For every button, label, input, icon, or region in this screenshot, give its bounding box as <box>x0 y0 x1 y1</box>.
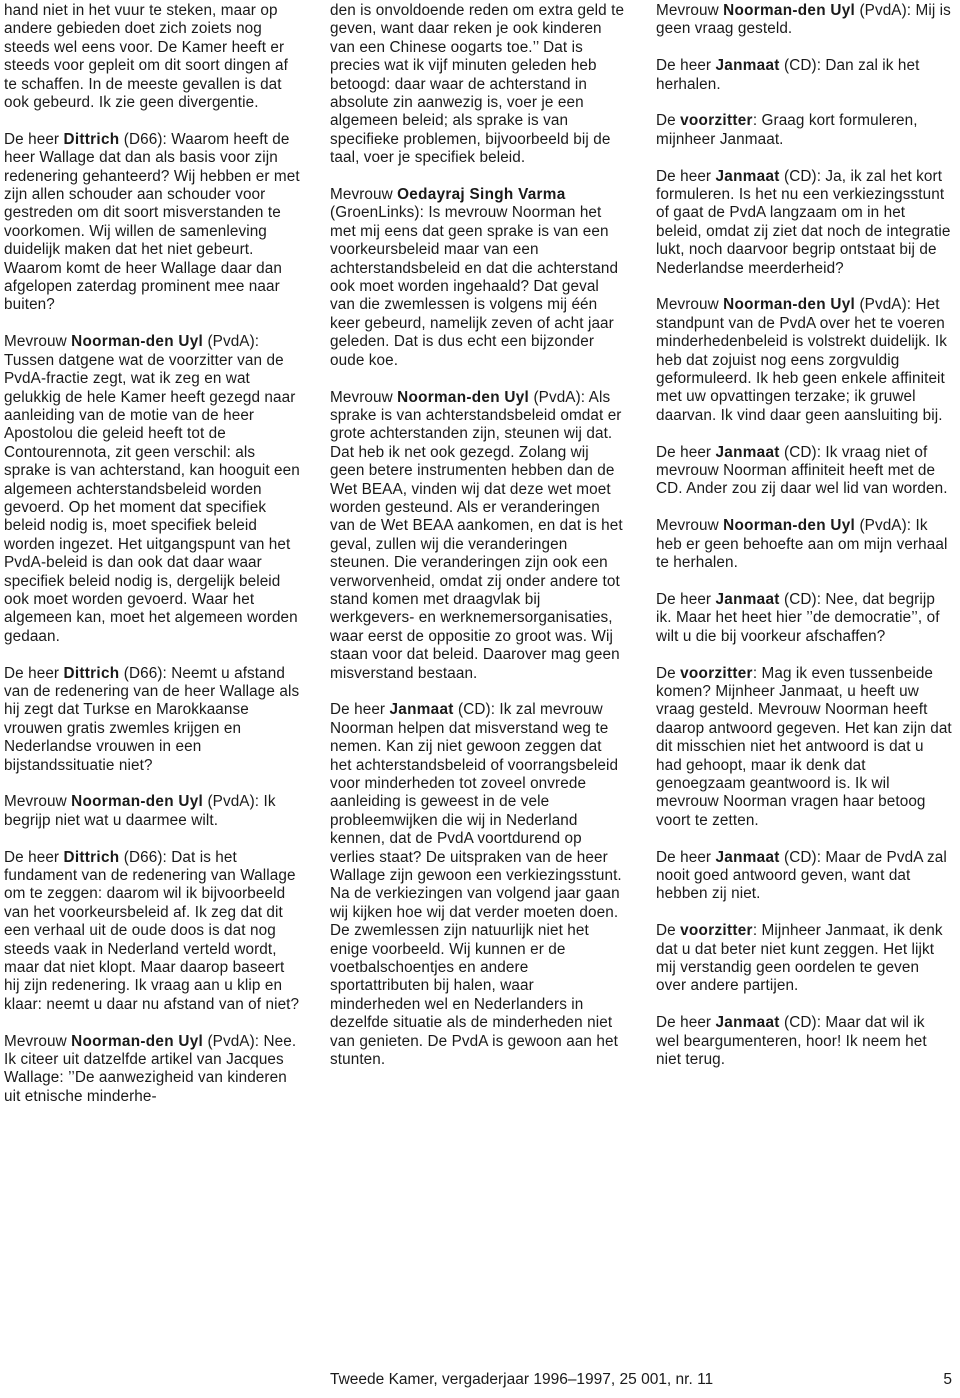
text-columns: hand niet in het vuur te steken, maar op… <box>4 2 952 1125</box>
speech-text: De heer <box>656 444 715 461</box>
speaker-name: Janmaat <box>715 57 779 74</box>
speaker-name: voorzitter <box>680 922 753 939</box>
speech-text: Mevrouw <box>330 389 397 406</box>
speech-text: De heer <box>4 131 63 148</box>
speech-text: De <box>656 112 680 129</box>
speaker-name: voorzitter <box>680 665 753 682</box>
speech-text: Mevrouw <box>656 517 723 534</box>
speech-text: (GroenLinks): Is mevrouw Noorman het met… <box>330 204 618 368</box>
speech-paragraph: De heer Janmaat (CD): Ik vraag niet of m… <box>656 444 952 499</box>
speech-paragraph: De heer Janmaat (CD): Maar dat wil ik we… <box>656 1014 952 1069</box>
speech-text: Mevrouw <box>330 186 397 203</box>
text-column-1: hand niet in het vuur te steken, maar op… <box>4 2 300 1125</box>
speaker-name: Noorman-den Uyl <box>71 1033 203 1050</box>
speaker-name: Janmaat <box>715 168 779 185</box>
speech-paragraph: De heer Janmaat (CD): Ik zal mevrouw Noo… <box>330 701 626 1069</box>
speech-text: (D66): Dat is het fundament van de reden… <box>4 849 299 1013</box>
speech-text: Mevrouw <box>4 1033 71 1050</box>
speaker-name: Noorman-den Uyl <box>71 793 203 810</box>
speech-text: De <box>656 665 680 682</box>
speech-paragraph: den is onvoldoende reden om extra geld t… <box>330 2 626 168</box>
speech-paragraph: Mevrouw Noorman-den Uyl (PvdA): Ik begri… <box>4 793 300 830</box>
speaker-name: Oedayraj Singh Varma <box>397 186 565 203</box>
page-number: 5 <box>943 1370 952 1389</box>
speech-paragraph: De voorzitter: Mijnheer Janmaat, ik denk… <box>656 922 952 996</box>
speech-text: (CD): Ik zal mevrouw Noorman helpen dat … <box>330 701 622 1068</box>
speaker-name: Noorman-den Uyl <box>397 389 529 406</box>
speech-paragraph: De heer Janmaat (CD): Nee, dat begrijp i… <box>656 591 952 646</box>
proceedings-page: hand niet in het vuur te steken, maar op… <box>0 0 960 1398</box>
speech-paragraph: Mevrouw Noorman-den Uyl (PvdA): Als spra… <box>330 389 626 684</box>
speech-text: Mevrouw <box>656 2 723 19</box>
speech-paragraph: hand niet in het vuur te steken, maar op… <box>4 2 300 112</box>
speaker-name: Dittrich <box>63 849 119 866</box>
speech-paragraph: De heer Janmaat (CD): Dan zal ik het her… <box>656 57 952 94</box>
speech-text: De heer <box>4 849 63 866</box>
speech-text: hand niet in het vuur te steken, maar op… <box>4 2 288 111</box>
speech-text: De heer <box>330 701 389 718</box>
speech-paragraph: De voorzitter: Mag ik even tussenbeide k… <box>656 665 952 831</box>
speech-text: (D66): Waarom heeft de heer Wallage dat … <box>4 131 300 314</box>
speech-text: De heer <box>656 1014 715 1031</box>
speech-paragraph: Mevrouw Noorman-den Uyl (PvdA): Nee. Ik … <box>4 1033 300 1107</box>
speech-text: De heer <box>656 168 715 185</box>
speaker-name: Janmaat <box>715 849 779 866</box>
speech-paragraph: De heer Janmaat (CD): Ja, ik zal het kor… <box>656 168 952 278</box>
text-column-2: den is onvoldoende reden om extra geld t… <box>330 2 626 1125</box>
speech-paragraph: De heer Janmaat (CD): Maar de PvdA zal n… <box>656 849 952 904</box>
footer-reference: Tweede Kamer, vergaderjaar 1996–1997, 25… <box>330 1370 713 1389</box>
speech-text: De heer <box>656 57 715 74</box>
speaker-name: Dittrich <box>63 131 119 148</box>
speech-text: Mevrouw <box>656 296 723 313</box>
speech-text: den is onvoldoende reden om extra geld t… <box>330 2 624 166</box>
speech-text: De heer <box>4 665 63 682</box>
speaker-name: Noorman-den Uyl <box>723 517 855 534</box>
speech-paragraph: De heer Dittrich (D66): Dat is het funda… <box>4 849 300 1015</box>
speaker-name: Janmaat <box>715 591 779 608</box>
speech-text: Mevrouw <box>4 333 71 350</box>
speech-text: De <box>656 922 680 939</box>
speaker-name: Noorman-den Uyl <box>723 296 855 313</box>
speech-text: (PvdA): Als sprake is van achterstandsbe… <box>330 389 623 682</box>
speaker-name: Dittrich <box>63 665 119 682</box>
speech-paragraph: De heer Dittrich (D66): Waarom heeft de … <box>4 131 300 315</box>
speech-paragraph: Mevrouw Noorman-den Uyl (PvdA): Tussen d… <box>4 333 300 646</box>
speech-paragraph: Mevrouw Noorman-den Uyl (PvdA): Mij is g… <box>656 2 952 39</box>
speech-paragraph: De voorzitter: Graag kort formuleren, mi… <box>656 112 952 149</box>
speaker-name: Janmaat <box>715 444 779 461</box>
speech-text: (PvdA): Het standpunt van de PvdA over h… <box>656 296 947 423</box>
speaker-name: Noorman-den Uyl <box>71 333 203 350</box>
speaker-name: voorzitter <box>680 112 753 129</box>
speech-text: : Mag ik even tussenbeide komen? Mijnhee… <box>656 665 952 829</box>
speaker-name: Janmaat <box>715 1014 779 1031</box>
speech-paragraph: Mevrouw Oedayraj Singh Varma (GroenLinks… <box>330 186 626 370</box>
speaker-name: Noorman-den Uyl <box>723 2 855 19</box>
speech-text: De heer <box>656 591 715 608</box>
speech-text: Mevrouw <box>4 793 71 810</box>
speech-paragraph: Mevrouw Noorman-den Uyl (PvdA): Het stan… <box>656 296 952 425</box>
speech-text: (PvdA): Tussen datgene wat de voorzitter… <box>4 333 300 645</box>
speech-text: De heer <box>656 849 715 866</box>
page-footer: Tweede Kamer, vergaderjaar 1996–1997, 25… <box>330 1370 952 1389</box>
text-column-3: Mevrouw Noorman-den Uyl (PvdA): Mij is g… <box>656 2 952 1125</box>
speech-paragraph: Mevrouw Noorman-den Uyl (PvdA): Ik heb e… <box>656 517 952 572</box>
speaker-name: Janmaat <box>389 701 453 718</box>
speech-paragraph: De heer Dittrich (D66): Neemt u afstand … <box>4 665 300 775</box>
